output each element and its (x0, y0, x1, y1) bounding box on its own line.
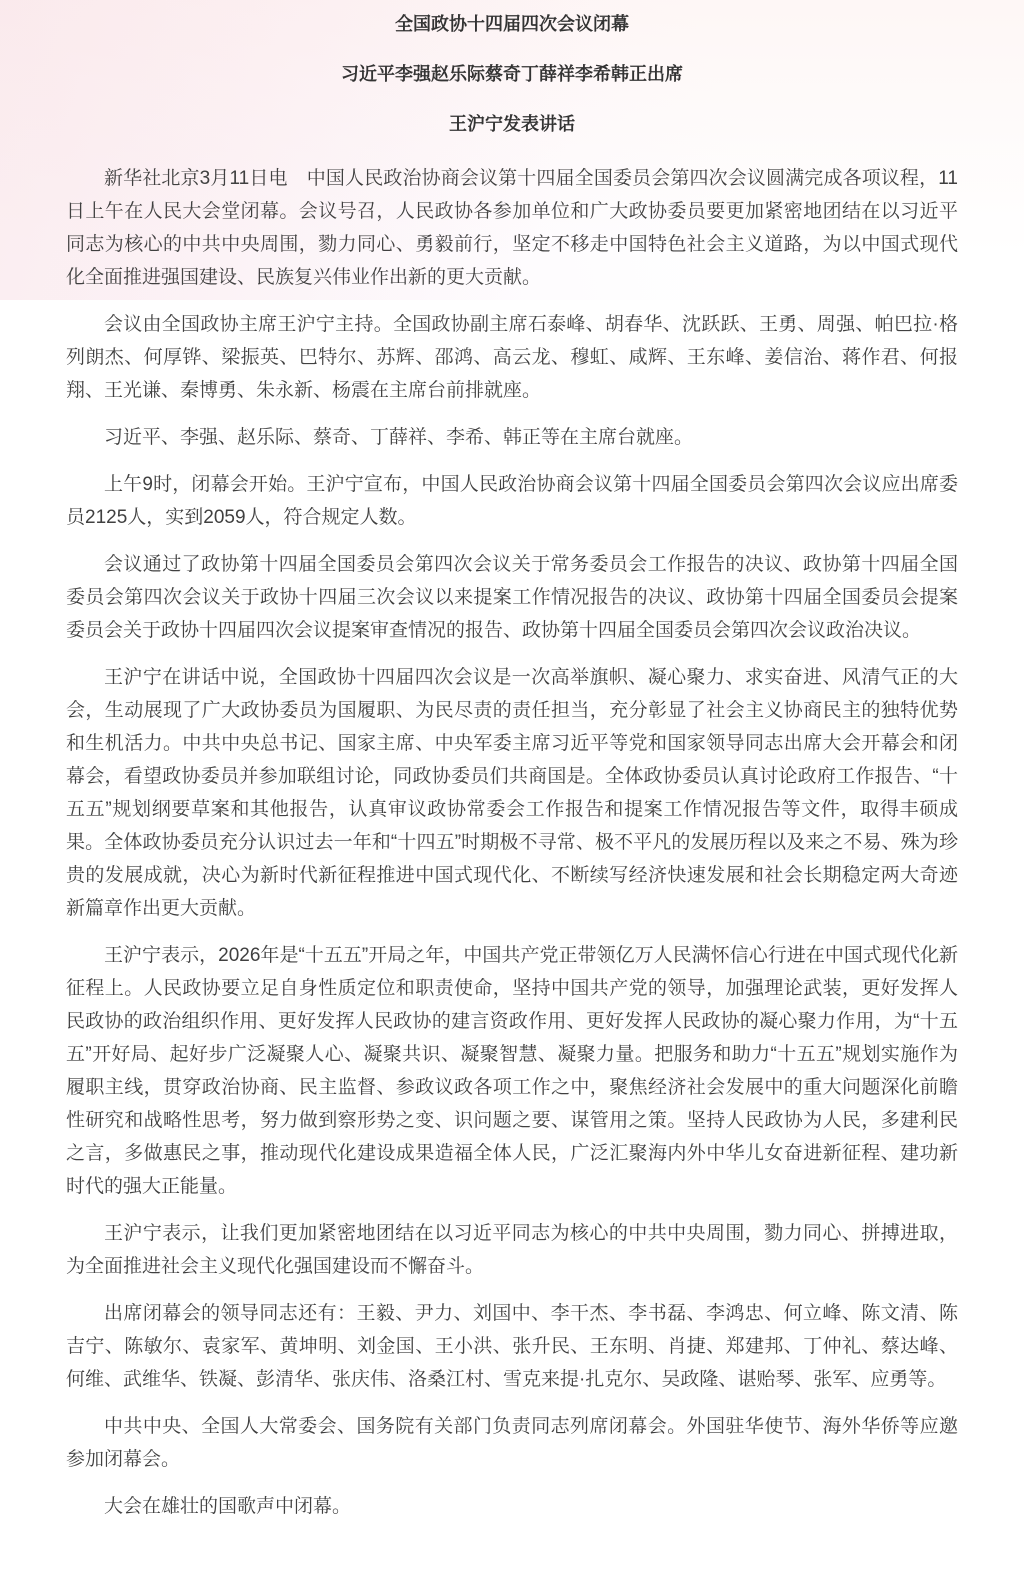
article-paragraph: 会议通过了政协第十四届全国委员会第四次会议关于常务委员会工作报告的决议、政协第十… (66, 548, 958, 647)
article-paragraph-closing: 大会在雄壮的国歌声中闭幕。 (66, 1490, 958, 1523)
article-paragraph: 中共中央、全国人大常委会、国务院有关部门负责同志列席闭幕会。外国驻华使节、海外华… (66, 1410, 958, 1476)
article-title-line-3: 王沪宁发表讲话 (66, 112, 958, 136)
article-paragraph: 上午9时，闭幕会开始。王沪宁宣布，中国人民政治协商会议第十四届全国委员会第四次会… (66, 468, 958, 534)
article-body: 新华社北京3月11日电 中国人民政治协商会议第十四届全国委员会第四次会议圆满完成… (66, 162, 958, 1523)
article-title-line-2: 习近平李强赵乐际蔡奇丁薛祥李希韩正出席 (66, 62, 958, 86)
article-paragraph: 王沪宁在讲话中说，全国政协十四届四次会议是一次高举旗帜、凝心聚力、求实奋进、风清… (66, 661, 958, 925)
article-title-line-1: 全国政协十四届四次会议闭幕 (66, 12, 958, 36)
article-paragraph: 习近平、李强、赵乐际、蔡奇、丁薛祥、李希、韩正等在主席台就座。 (66, 421, 958, 454)
article-paragraph-dateline: 新华社北京3月11日电 中国人民政治协商会议第十四届全国委员会第四次会议圆满完成… (66, 162, 958, 294)
article-paragraph: 出席闭幕会的领导同志还有：王毅、尹力、刘国中、李干杰、李书磊、李鸿忠、何立峰、陈… (66, 1297, 958, 1396)
article-title-block: 全国政协十四届四次会议闭幕 习近平李强赵乐际蔡奇丁薛祥李希韩正出席 王沪宁发表讲… (66, 12, 958, 136)
news-article: 全国政协十四届四次会议闭幕 习近平李强赵乐际蔡奇丁薛祥李希韩正出席 王沪宁发表讲… (66, 0, 958, 1591)
article-paragraph: 王沪宁表示，让我们更加紧密地团结在以习近平同志为核心的中共中央周围，勠力同心、拼… (66, 1217, 958, 1283)
article-paragraph: 王沪宁表示，2026年是“十五五”开局之年，中国共产党正带领亿万人民满怀信心行进… (66, 939, 958, 1203)
article-paragraph: 会议由全国政协主席王沪宁主持。全国政协副主席石泰峰、胡春华、沈跃跃、王勇、周强、… (66, 308, 958, 407)
